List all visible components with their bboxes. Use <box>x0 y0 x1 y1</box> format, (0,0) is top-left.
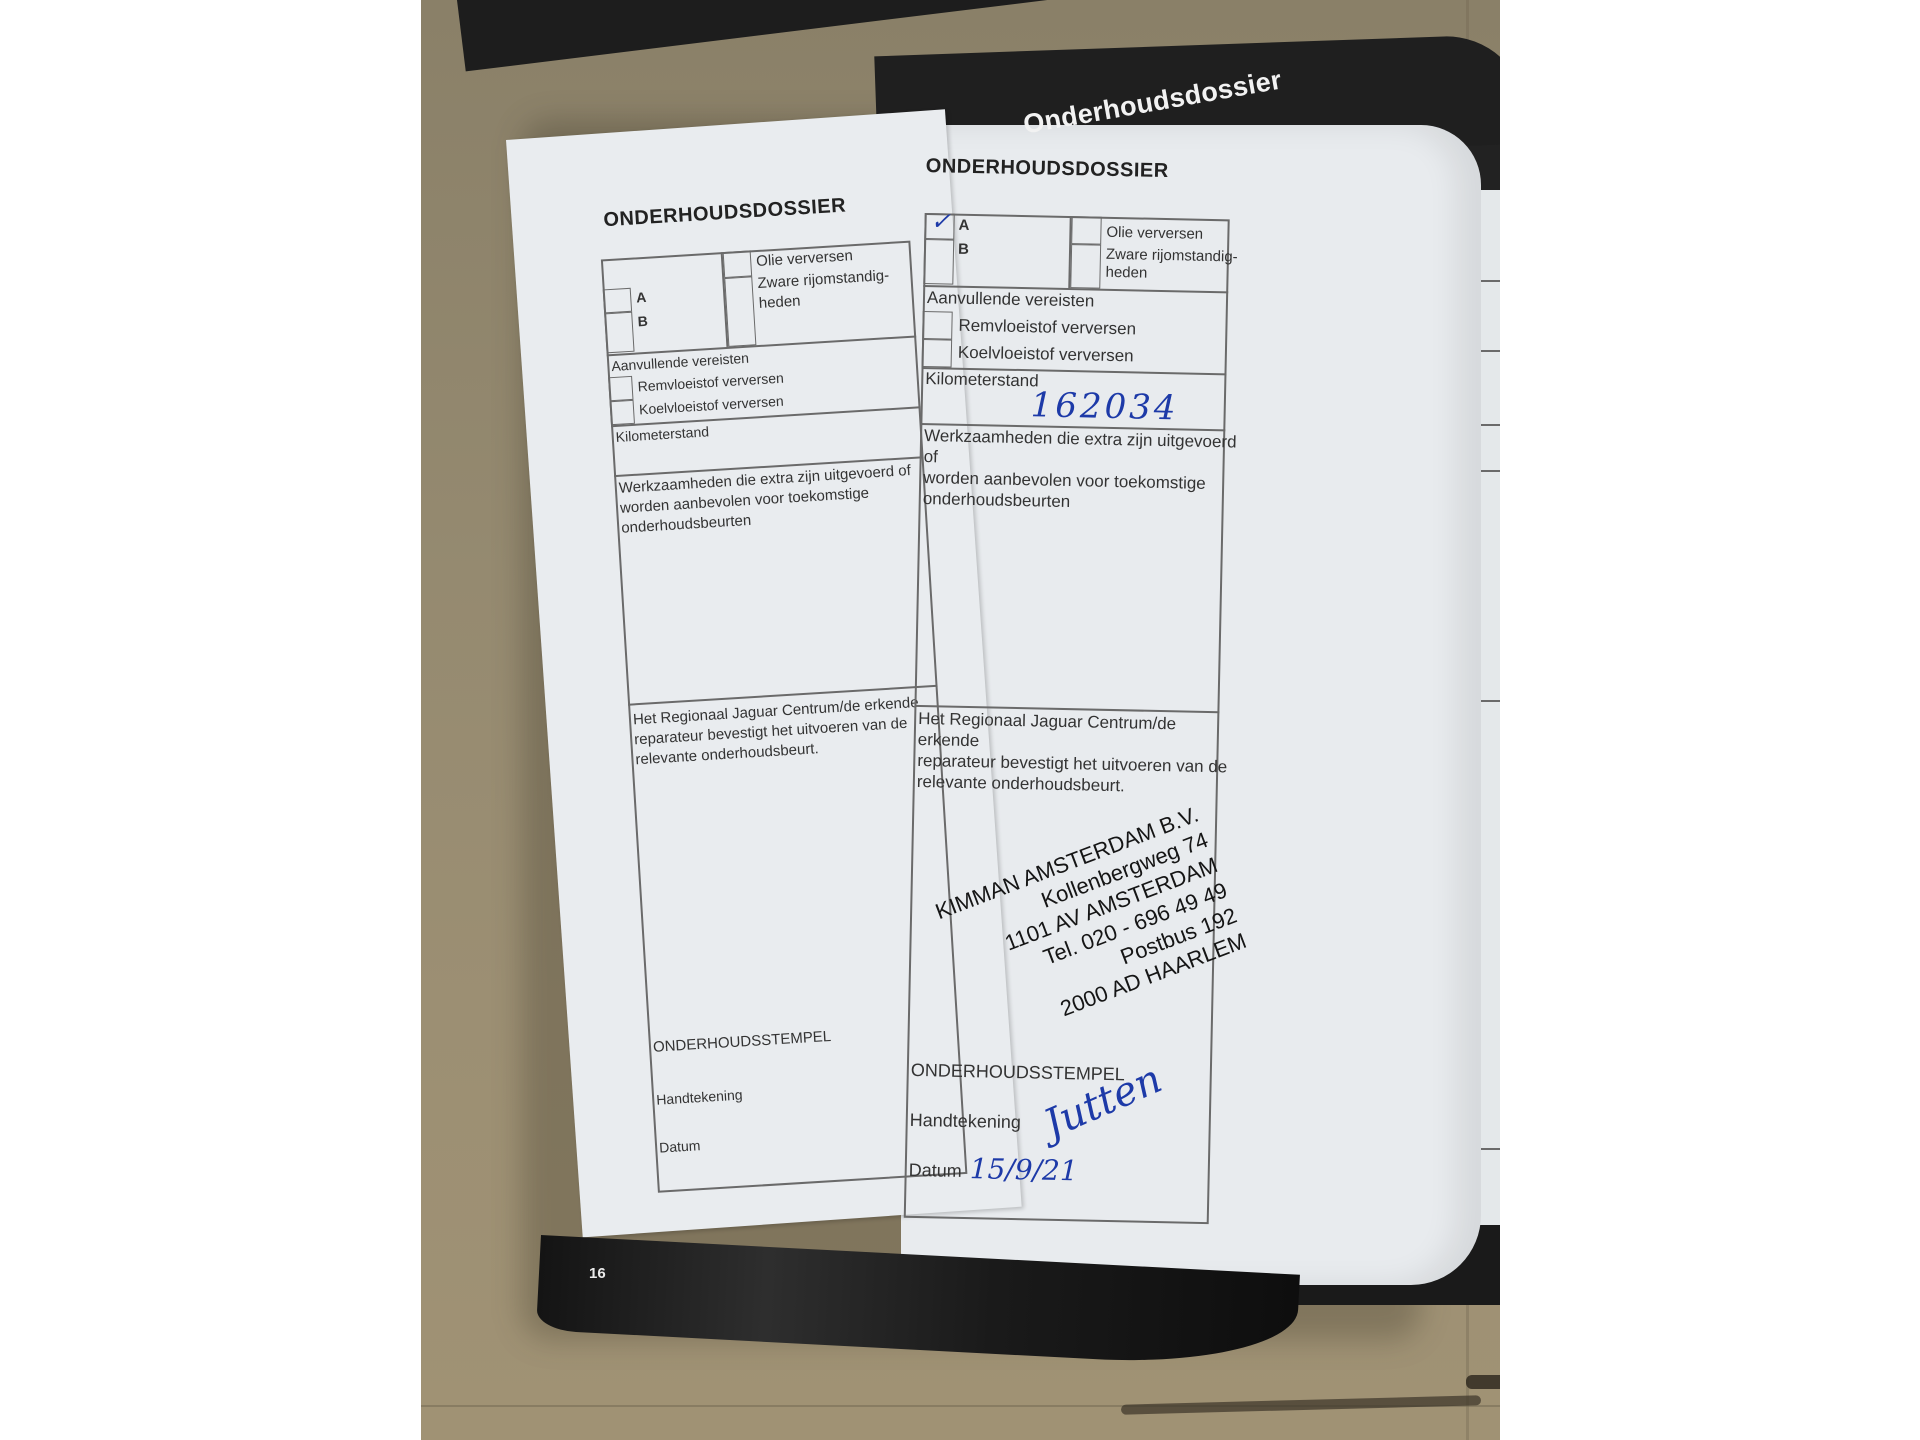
mileage-label: Kilometerstand <box>925 369 1039 391</box>
service-a-checkbox[interactable] <box>603 288 632 314</box>
coolant-checkbox[interactable] <box>922 339 953 368</box>
coolant-label: Koelvloeistof verversen <box>958 343 1134 367</box>
service-b-label: B <box>637 311 648 332</box>
form-heading: ONDERHOUDSDOSSIER <box>603 194 847 232</box>
mileage-value: 162034 <box>1030 385 1179 428</box>
service-a-label: A <box>636 287 647 308</box>
service-a-checkmark: ✓ <box>930 207 951 235</box>
oil-change-label: Olie verversen <box>1106 223 1203 245</box>
brake-fluid-checkbox[interactable] <box>922 311 953 340</box>
heavy-conditions-label-2: heden <box>1105 263 1147 284</box>
date-label: Datum <box>909 1160 962 1181</box>
service-b-checkbox[interactable] <box>604 312 634 354</box>
service-a-label: A <box>958 216 969 236</box>
brake-fluid-checkbox[interactable] <box>608 376 633 401</box>
confirmation-text: Het Regionaal Jaguar Centrum/de erkende … <box>917 708 1235 799</box>
brake-fluid-label: Remvloeistof verversen <box>958 316 1136 340</box>
coolant-checkbox[interactable] <box>610 400 635 425</box>
leather-tear <box>1121 1395 1481 1414</box>
oil-change-checkbox[interactable] <box>1071 216 1102 245</box>
date-label: Datum <box>659 1135 701 1157</box>
extra-work-label: Werkzaamheden die extra zijn uitgevoerd … <box>923 425 1241 516</box>
additional-requirements-label: Aanvullende vereisten <box>927 288 1095 311</box>
oil-change-checkbox[interactable] <box>723 250 753 278</box>
form-heading: ONDERHOUDSDOSSIER <box>926 155 1169 183</box>
heavy-conditions-checkbox[interactable] <box>724 276 756 347</box>
maintenance-form-middle: ONDERHOUDSDOSSIER ✓ A B Olie verversen Z… <box>904 155 1246 1201</box>
signature-label: Handtekening <box>910 1110 1021 1132</box>
page-number: 16 <box>589 1265 606 1282</box>
leather-tear-corner <box>1466 1375 1500 1389</box>
heavy-conditions-checkbox[interactable] <box>1070 244 1101 289</box>
date-value: 15/9/21 <box>969 1152 1078 1187</box>
photo-background: ONDERHOUDSDOS A B Aanvullende vereisten … <box>421 0 1500 1440</box>
heavy-conditions-label-2: heden <box>758 291 801 314</box>
service-b-label: B <box>958 240 969 260</box>
service-b-checkbox[interactable] <box>923 239 954 285</box>
